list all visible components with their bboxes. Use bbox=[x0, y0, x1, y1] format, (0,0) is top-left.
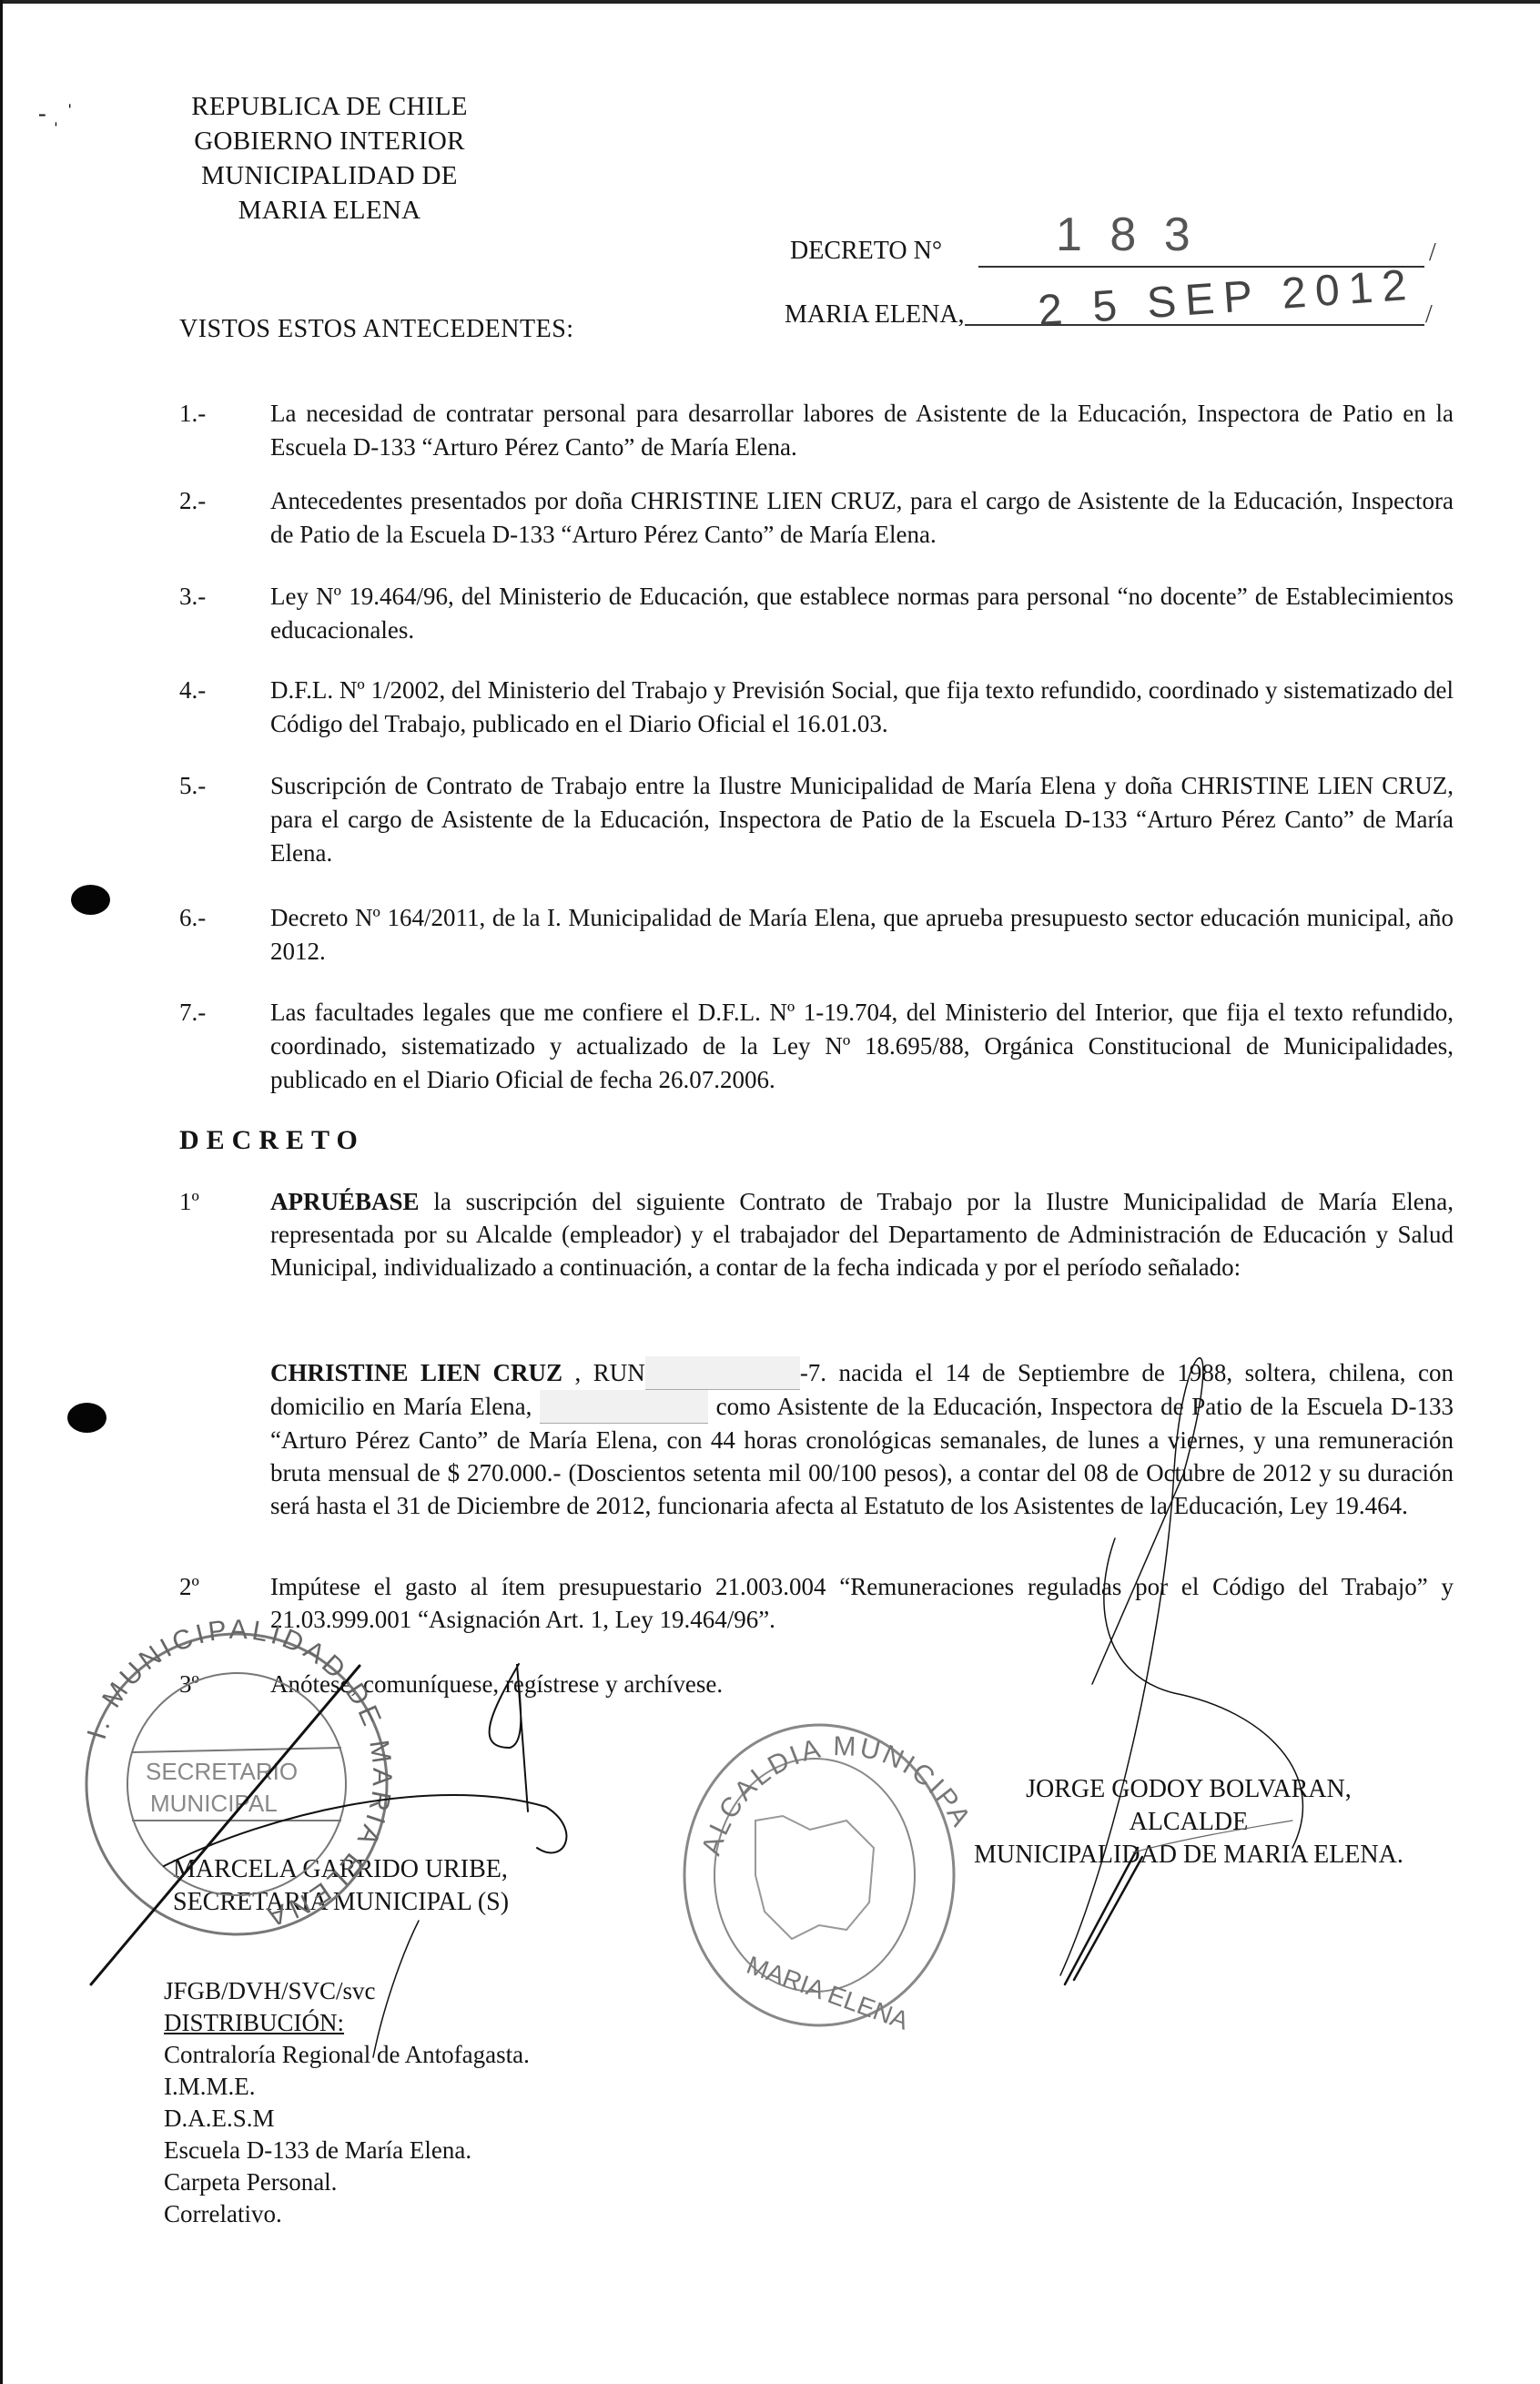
item-number: 7.- bbox=[179, 996, 206, 1030]
item-text: Antecedentes presentados por doña CHRIST… bbox=[270, 484, 1454, 552]
secretary-signature-block: MARCELA GARRIDO URIBE, SECRETARIA MUNICI… bbox=[173, 1853, 509, 1919]
worker-details: CHRISTINE LIEN CRUZ , RUNx-7. nacida el … bbox=[179, 1356, 1454, 1522]
decreto-heading: DECRETO bbox=[179, 1125, 365, 1156]
place-label: MARIA ELENA, bbox=[785, 300, 965, 330]
line-end-slash: / bbox=[1429, 238, 1436, 268]
scan-left-edge bbox=[0, 0, 3, 2384]
mayor-org: MUNICIPALIDAD DE MARIA ELENA. bbox=[974, 1839, 1403, 1872]
distribution-item: Carpeta Personal. bbox=[164, 2166, 530, 2198]
antecedent-item: 7.- Las facultades legales que me confie… bbox=[179, 996, 1454, 1097]
item-number: 5.- bbox=[179, 769, 206, 803]
issuer-header: REPUBLICA DE CHILE GOBIERNO INTERIOR MUN… bbox=[179, 89, 480, 228]
reference-initials: JFGB/DVH/SVC/svc bbox=[164, 1975, 530, 2007]
decree-clause-3: 3º Anótese, comuníquese, regístrese y ar… bbox=[179, 1668, 1454, 1700]
item-text: Decreto Nº 164/2011, de la I. Municipali… bbox=[270, 901, 1454, 969]
scan-marks: ‐ ˌ ˈ bbox=[38, 100, 74, 127]
clause-number: 3º bbox=[179, 1668, 199, 1700]
mayor-name: JORGE GODOY BOLVARAN, bbox=[974, 1773, 1403, 1806]
distribution-block: JFGB/DVH/SVC/svc DISTRIBUCIÓN: Contralor… bbox=[164, 1975, 530, 2230]
punch-hole bbox=[71, 885, 110, 915]
clause-text: Anótese, comuníquese, regístrese y archí… bbox=[270, 1668, 1454, 1700]
distribution-item: Contraloría Regional de Antofagasta. bbox=[164, 2039, 530, 2071]
clause-number: 2º bbox=[179, 1570, 199, 1603]
header-line: MUNICIPALIDAD DE bbox=[179, 158, 480, 193]
svg-text:MARIA ELENA: MARIA ELENA bbox=[743, 1951, 912, 2035]
redacted-run: x bbox=[645, 1356, 800, 1390]
clause-number: 1º bbox=[179, 1185, 199, 1218]
secretary-title: SECRETARIA MUNICIPAL (S) bbox=[173, 1886, 509, 1919]
mayor-signature-block: JORGE GODOY BOLVARAN, ALCALDE MUNICIPALI… bbox=[974, 1773, 1403, 1872]
item-number: 6.- bbox=[179, 901, 206, 935]
header-line: GOBIERNO INTERIOR bbox=[179, 124, 480, 158]
worker-name: CHRISTINE LIEN CRUZ bbox=[270, 1359, 562, 1386]
decree-clause-1: 1º APRUÉBASE la suscripción del siguient… bbox=[179, 1185, 1454, 1283]
vistos-heading: VISTOS ESTOS ANTECEDENTES: bbox=[179, 315, 574, 344]
header-line: REPUBLICA DE CHILE bbox=[179, 89, 480, 124]
clause-text: Impútese el gasto al ítem presupuestario… bbox=[270, 1570, 1454, 1636]
scan-top-edge bbox=[0, 0, 1540, 4]
item-text: Las facultades legales que me confiere e… bbox=[270, 996, 1454, 1097]
item-number: 3.- bbox=[179, 580, 206, 614]
clause-text: la suscripción del siguiente Contrato de… bbox=[270, 1188, 1454, 1281]
run-suffix: -7. bbox=[800, 1359, 826, 1386]
item-text: Suscripción de Contrato de Trabajo entre… bbox=[270, 769, 1454, 870]
antecedent-item: 6.- Decreto Nº 164/2011, de la I. Munici… bbox=[179, 901, 1454, 969]
decree-clause-2: 2º Impútese el gasto al ítem presupuesta… bbox=[179, 1570, 1454, 1636]
item-number: 1.- bbox=[179, 397, 206, 431]
line-end-slash: / bbox=[1425, 300, 1433, 330]
item-text: La necesidad de contratar personal para … bbox=[270, 397, 1454, 464]
mayor-title: ALCALDE bbox=[974, 1806, 1403, 1839]
distribution-item: Escuela D-133 de María Elena. bbox=[164, 2135, 530, 2166]
redacted-address: x bbox=[540, 1390, 708, 1424]
antecedent-item: 3.- Ley Nº 19.464/96, del Ministerio de … bbox=[179, 580, 1454, 647]
antecedent-item: 1.- La necesidad de contratar personal p… bbox=[179, 397, 1454, 464]
approval-keyword: APRUÉBASE bbox=[270, 1188, 420, 1215]
run-label: , RUN bbox=[562, 1359, 645, 1386]
item-number: 4.- bbox=[179, 674, 206, 707]
distribution-item: Correlativo. bbox=[164, 2198, 530, 2230]
antecedent-item: 2.- Antecedentes presentados por doña CH… bbox=[179, 484, 1454, 552]
header-line: MARIA ELENA bbox=[179, 193, 480, 228]
antecedent-item: 5.- Suscripción de Contrato de Trabajo e… bbox=[179, 769, 1454, 870]
decree-number-stamp: 1 8 3 bbox=[1056, 208, 1198, 262]
distribution-item: I.M.M.E. bbox=[164, 2071, 530, 2103]
svg-text:MUNICIPAL: MUNICIPAL bbox=[150, 1790, 278, 1817]
distribution-item: D.A.E.S.M bbox=[164, 2103, 530, 2135]
decree-number-label: DECRETO N° bbox=[790, 237, 942, 266]
svg-text:SECRETARIO: SECRETARIO bbox=[146, 1758, 298, 1785]
secretary-name: MARCELA GARRIDO URIBE, bbox=[173, 1853, 509, 1886]
item-number: 2.- bbox=[179, 484, 206, 518]
item-text: D.F.L. Nº 1/2002, del Ministerio del Tra… bbox=[270, 674, 1454, 741]
punch-hole bbox=[67, 1403, 106, 1433]
distribution-heading: DISTRIBUCIÓN: bbox=[164, 2007, 530, 2039]
item-text: Ley Nº 19.464/96, del Ministerio de Educ… bbox=[270, 580, 1454, 647]
antecedent-item: 4.- D.F.L. Nº 1/2002, del Ministerio del… bbox=[179, 674, 1454, 741]
